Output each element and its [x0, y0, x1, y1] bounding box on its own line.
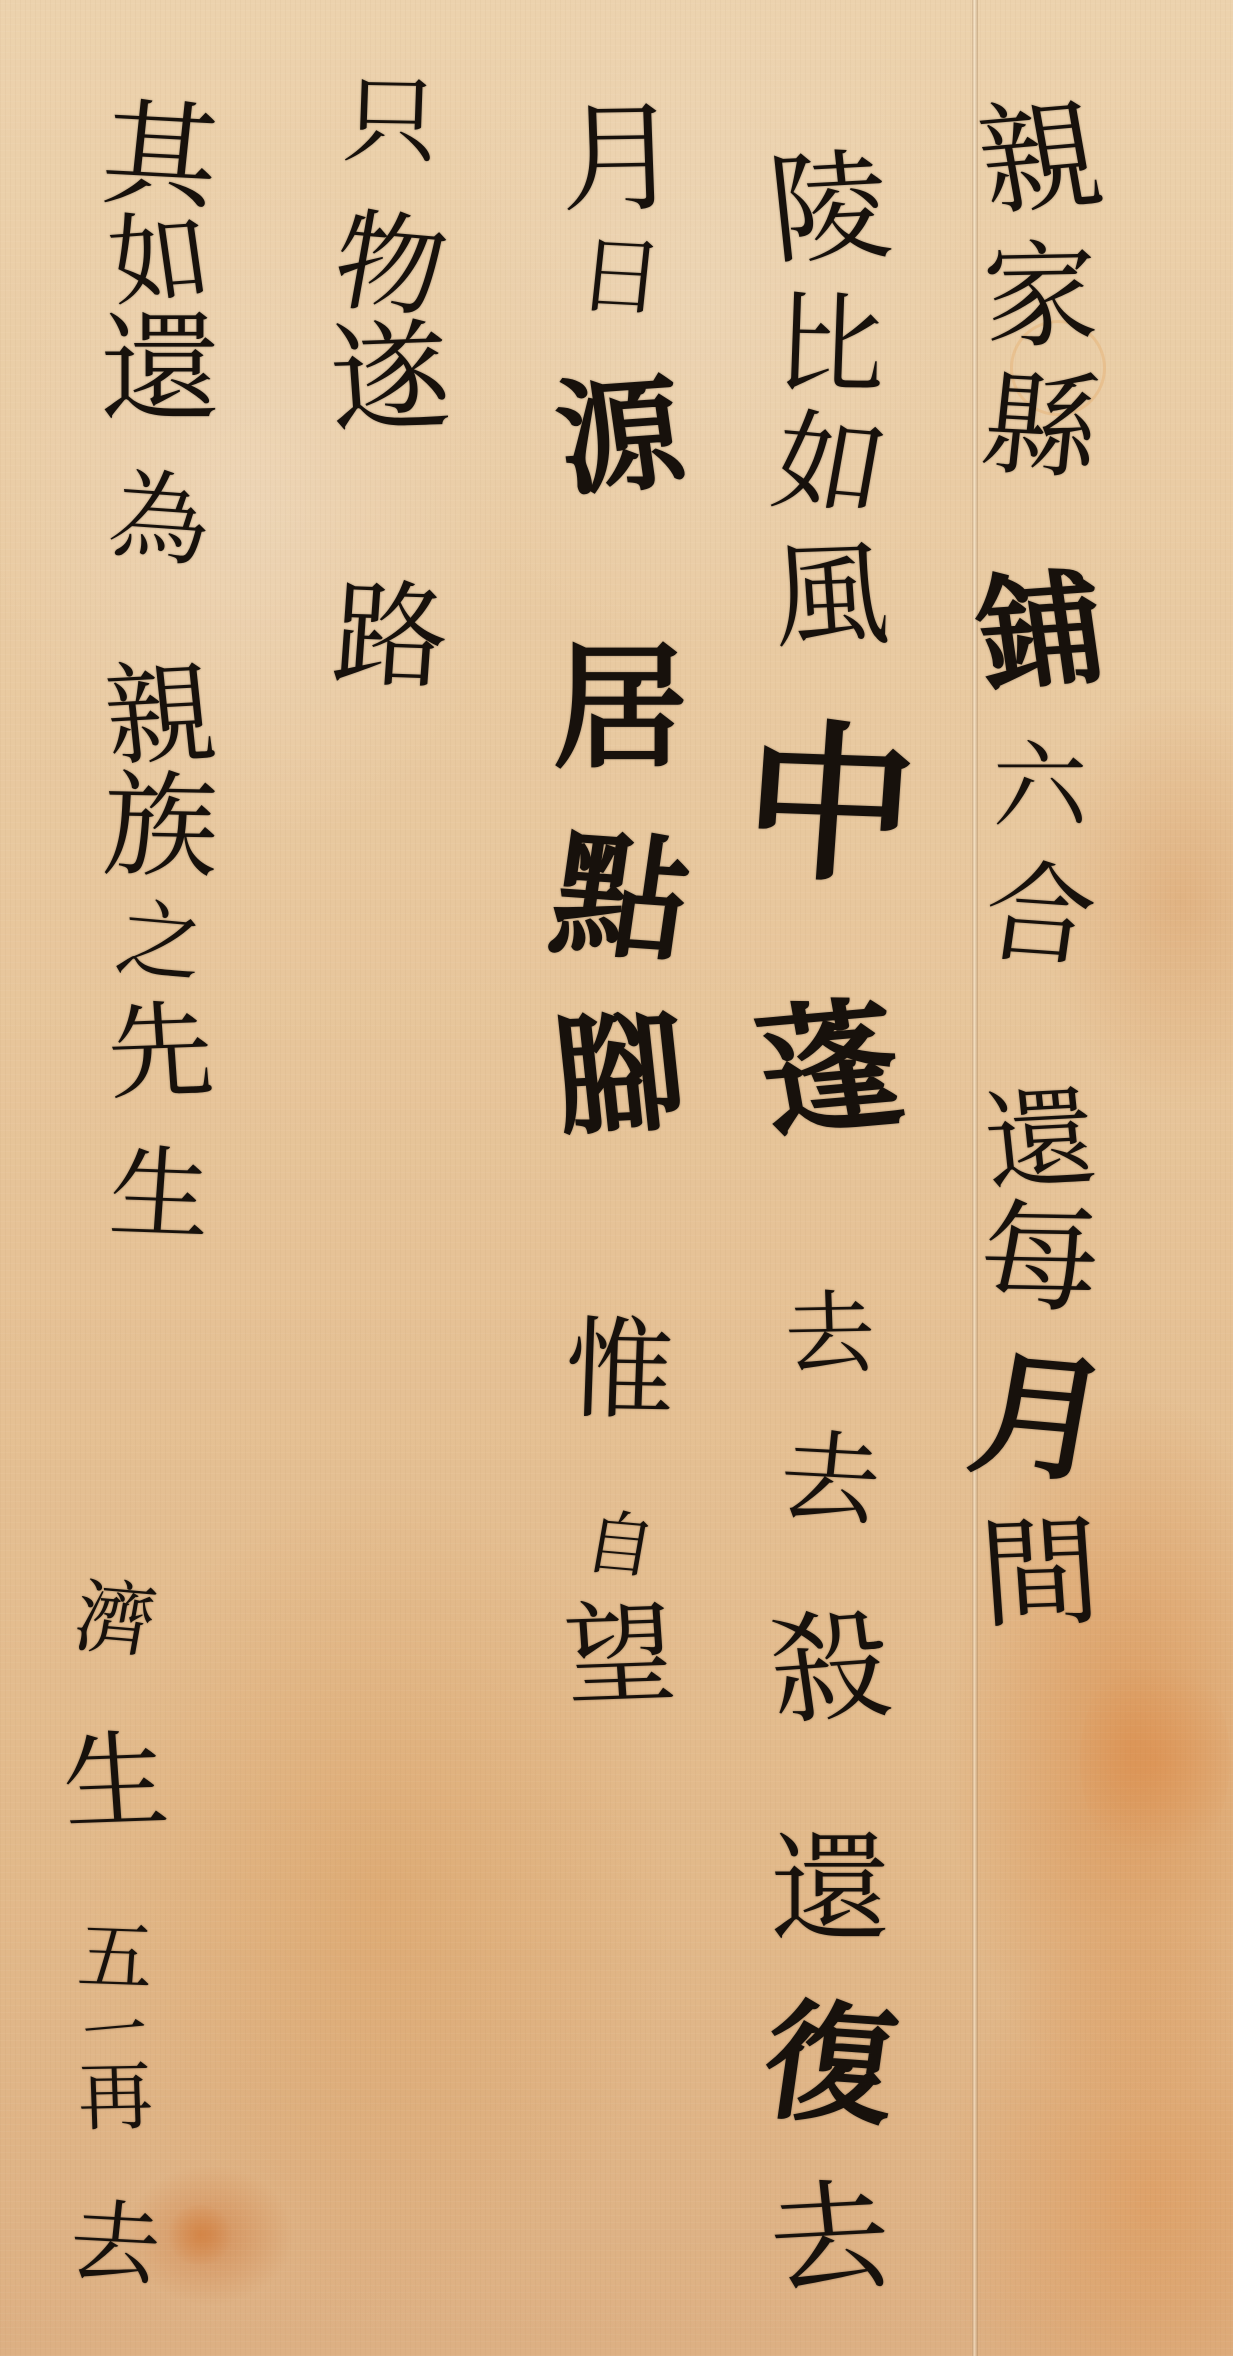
calligraphy-character: 遂 — [326, 318, 454, 442]
calligraphy-character: 再 — [76, 2059, 154, 2135]
calligraphy-character: 先 — [104, 998, 216, 1106]
calligraphy-character: 生 — [59, 1728, 171, 1836]
calligraphy-character: 濟 — [68, 1577, 162, 1663]
calligraphy-character: 還 — [979, 1082, 1100, 1197]
calligraphy-character: 家 — [981, 239, 1100, 356]
calligraphy-character: 還 — [100, 310, 220, 430]
calligraphy-character: 六 — [993, 740, 1088, 835]
calligraphy-character: 去 — [764, 2177, 896, 2303]
calligraphy-character: 去 — [783, 1289, 876, 1381]
calligraphy-character: 族 — [101, 769, 220, 886]
calligraphy-character: 去 — [65, 2198, 164, 2292]
calligraphy-character: 如 — [766, 406, 895, 524]
calligraphy-character: 其 — [97, 97, 224, 218]
calligraphy-character: 生 — [107, 1143, 214, 1246]
calligraphy-character: 親 — [970, 95, 1110, 224]
calligraphy-character: 五 — [75, 1919, 155, 1996]
paper-stain — [1080, 1650, 1230, 1870]
calligraphy-character: 路 — [329, 578, 452, 697]
calligraphy-character: 殺 — [762, 1606, 898, 1733]
calligraphy-scroll: 親家縣鋪六合還每月間陵比如風中蓬去去殺還復去月日源居點腳惟自望只物遂路其如還為親… — [0, 0, 1233, 2356]
paper-stain — [165, 2205, 235, 2265]
calligraphy-character: 望 — [561, 1598, 679, 1712]
calligraphy-character: 還 — [770, 1830, 890, 1950]
calligraphy-character: 源 — [549, 371, 691, 504]
calligraphy-character: 物 — [326, 206, 455, 324]
calligraphy-character: 中 — [739, 717, 921, 893]
calligraphy-character: 合 — [977, 857, 1102, 974]
calligraphy-character: 居 — [553, 640, 688, 775]
calligraphy-character: 蓬 — [748, 995, 912, 1146]
calligraphy-character: 月 — [558, 99, 682, 221]
calligraphy-character: 腳 — [548, 1007, 691, 1143]
calligraphy-character: 日 — [573, 233, 667, 322]
calligraphy-character: 復 — [756, 1996, 904, 2134]
calligraphy-character: 點 — [543, 826, 697, 969]
calligraphy-character: 每 — [978, 1199, 1102, 1321]
paper-seam-line — [972, 0, 978, 2356]
calligraphy-character: 親 — [99, 657, 220, 772]
calligraphy-character: 比 — [773, 289, 887, 401]
calligraphy-character: 月 — [961, 1345, 1119, 1490]
calligraphy-character: 自 — [579, 1507, 661, 1582]
calligraphy-character: 縣 — [977, 367, 1104, 488]
calligraphy-character: 鋪 — [969, 566, 1111, 699]
calligraphy-character: 如 — [103, 207, 217, 313]
calligraphy-character: 風 — [769, 538, 892, 657]
calligraphy-character: 只 — [341, 74, 439, 171]
calligraphy-character: 間 — [976, 1513, 1104, 1637]
calligraphy-character: 陵 — [764, 147, 896, 273]
calligraphy-character: 為 — [103, 467, 217, 573]
calligraphy-character: 去 — [775, 1428, 885, 1533]
calligraphy-character: 之 — [110, 897, 210, 988]
calligraphy-character: 惟 — [563, 1314, 677, 1426]
